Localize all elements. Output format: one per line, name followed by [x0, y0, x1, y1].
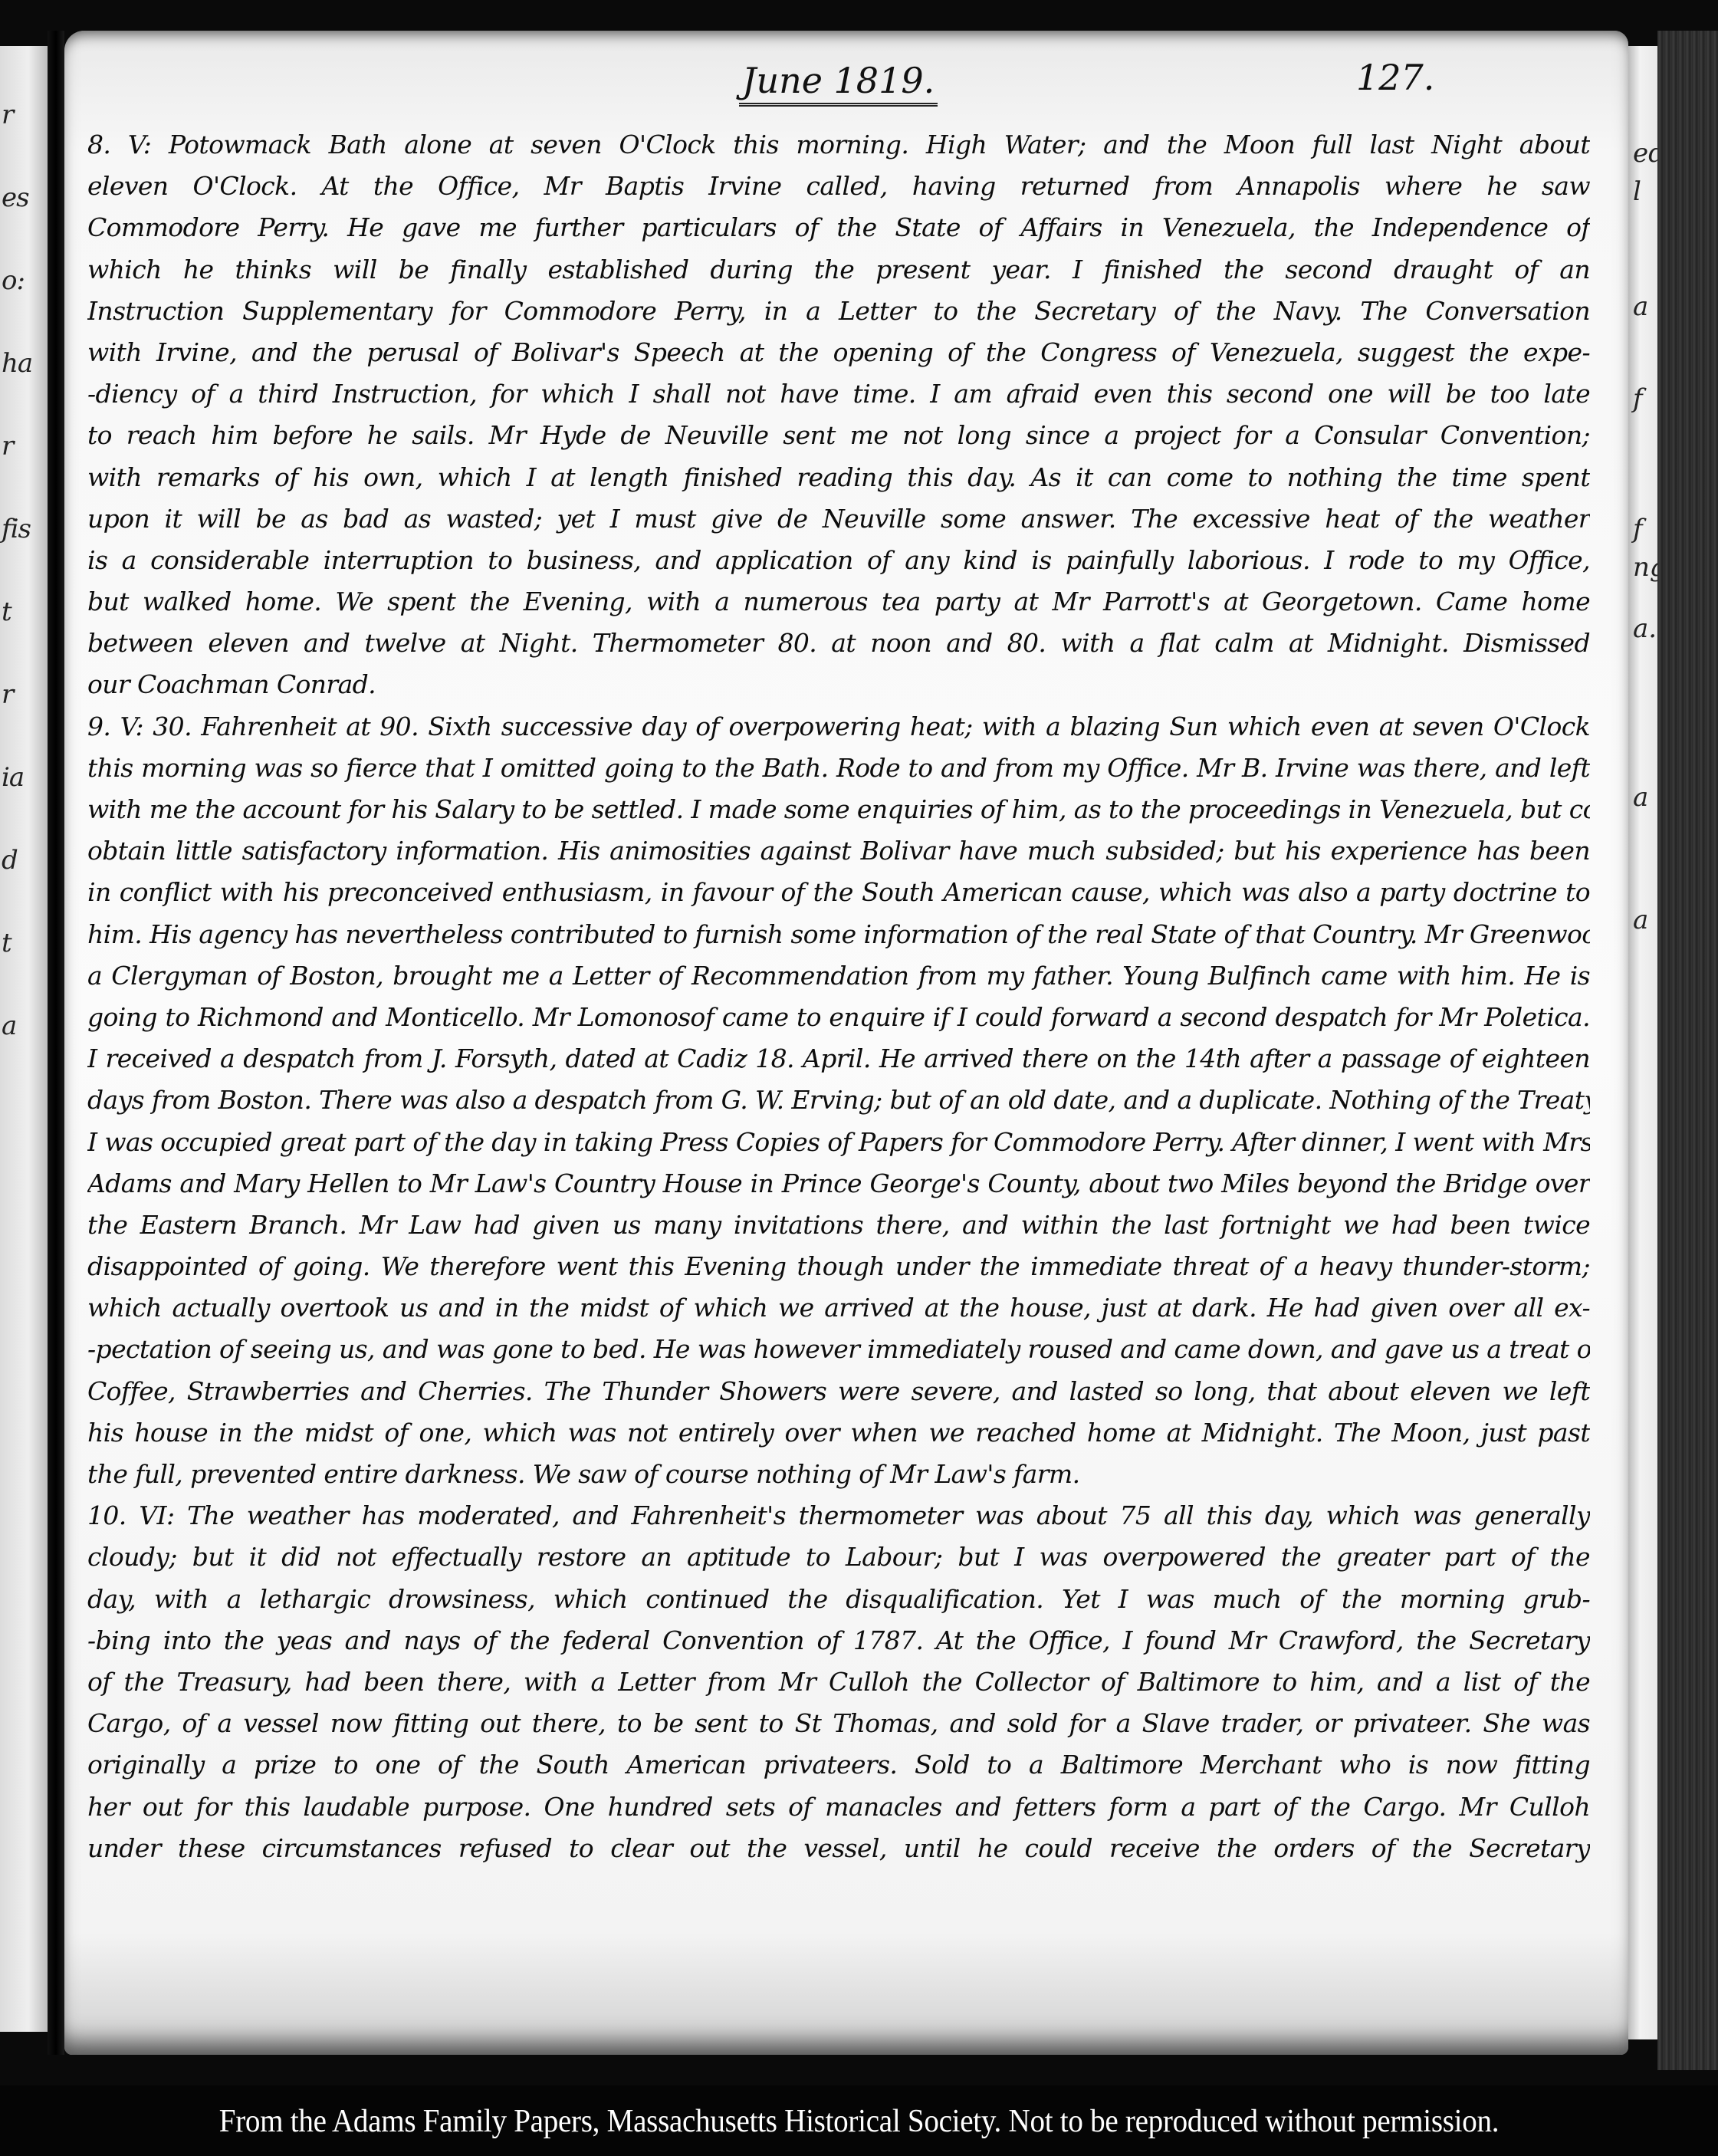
manuscript-line: 9. V: 30. Fahrenheit at 90. Sixth succes…	[87, 706, 1590, 748]
facing-page-text-fragment: a	[2, 1011, 16, 1041]
manuscript-line: -pectation of seeing us, and was gone to…	[87, 1329, 1590, 1370]
manuscript-line: going to Richmond and Monticello. Mr Lom…	[87, 997, 1590, 1038]
manuscript-line: which actually overtook us and in the mi…	[87, 1287, 1590, 1329]
manuscript-line: Cargo, of a vessel now fitting out there…	[87, 1703, 1590, 1744]
manuscript-line: the Eastern Branch. Mr Law had given us …	[87, 1205, 1590, 1246]
manuscript-line: Instruction Supplementary for Commodore …	[87, 291, 1590, 332]
right-margin-text-fragment: f	[1633, 514, 1643, 544]
manuscript-line: Adams and Mary Hellen to Mr Law's Countr…	[87, 1163, 1590, 1205]
manuscript-line: Coffee, Strawberries and Cherries. The T…	[87, 1371, 1590, 1412]
manuscript-line: is a considerable interruption to busine…	[87, 540, 1590, 581]
facing-page-text-fragment: d	[2, 845, 18, 876]
manuscript-line: upon it will be as bad as wasted; yet I …	[87, 498, 1590, 540]
manuscript-line: -bing into the yeas and nays of the fede…	[87, 1620, 1590, 1661]
manuscript-line: originally a prize to one of the South A…	[87, 1744, 1590, 1786]
facing-page-text-fragment: es	[2, 182, 29, 213]
manuscript-line: her out for this laudable purpose. One h…	[87, 1786, 1590, 1828]
manuscript-line: with Irvine, and the perusal of Bolivar'…	[87, 332, 1590, 373]
copyright-caption: From the Adams Family Papers, Massachuse…	[60, 2087, 1657, 2156]
facing-page-text-fragment: ha	[2, 348, 32, 379]
manuscript-line: eleven O'Clock. At the Office, Mr Baptis…	[87, 166, 1590, 207]
manuscript-line: between eleven and twelve at Night. Ther…	[87, 623, 1590, 664]
book-page-edges	[1657, 31, 1718, 2070]
manuscript-line: -diency of a third Instruction, for whic…	[87, 373, 1590, 415]
manuscript-line: in conflict with his preconceived enthus…	[87, 872, 1590, 913]
right-margin-text-fragment: a.	[1633, 613, 1657, 644]
manuscript-line: but walked home. We spent the Evening, w…	[87, 581, 1590, 623]
facing-page-text-fragment: t	[2, 597, 11, 627]
right-margin-text-fragment: f	[1633, 383, 1643, 414]
facing-page-text-fragment: r	[2, 431, 13, 462]
page-header: June 1819. 127.	[64, 54, 1628, 123]
facing-page-text-fragment: fis	[2, 514, 31, 544]
manuscript-line: days from Boston. There was also a despa…	[87, 1080, 1590, 1121]
manuscript-line: 8. V: Potowmack Bath alone at seven O'Cl…	[87, 124, 1590, 166]
manuscript-line: Commodore Perry. He gave me further part…	[87, 207, 1590, 248]
manuscript-line: obtain little satisfactory information. …	[87, 830, 1590, 872]
manuscript-line: disappointed of going. We therefore went…	[87, 1246, 1590, 1287]
facing-page-text-fragment: ia	[2, 762, 24, 793]
manuscript-line: him. His agency has nevertheless contrib…	[87, 914, 1590, 955]
manuscript-line: this morning was so fierce that I omitte…	[87, 748, 1590, 789]
manuscript-line: which he thinks will be finally establis…	[87, 249, 1590, 291]
manuscript-line: of the Treasury, had been there, with a …	[87, 1661, 1590, 1703]
manuscript-line: 10. VI: The weather has moderated, and F…	[87, 1495, 1590, 1536]
right-margin-text-fragment: a	[1633, 905, 1648, 935]
manuscript-line: under these circumstances refused to cle…	[87, 1828, 1590, 1869]
book-gutter	[48, 31, 64, 2055]
manuscript-line: I received a despatch from J. Forsyth, d…	[87, 1038, 1590, 1080]
right-margin-text-fragment: l	[1633, 176, 1641, 207]
page-date-heading: June 1819.	[739, 60, 938, 107]
manuscript-line: I was occupied great part of the day in …	[87, 1122, 1590, 1163]
right-margin-strip: edlaffnga.aa	[1628, 46, 1657, 2039]
right-margin-text-fragment: a	[1633, 291, 1648, 322]
page-number: 127.	[1356, 57, 1434, 98]
manuscript-line: our Coachman Conrad.	[87, 664, 1590, 705]
facing-page-text-fragment: t	[2, 928, 11, 958]
facing-page-text-fragment: r	[2, 100, 13, 130]
facing-page-edge: reso:harfistriadta	[0, 46, 48, 2032]
manuscript-line: day, with a lethargic drowsiness, which …	[87, 1579, 1590, 1620]
right-margin-text-fragment: a	[1633, 782, 1648, 813]
manuscript-line: with remarks of his own, which I at leng…	[87, 457, 1590, 498]
manuscript-line: his house in the midst of one, which was…	[87, 1412, 1590, 1454]
manuscript-line: with me the account for his Salary to be…	[87, 789, 1590, 830]
facing-page-text-fragment: o:	[2, 265, 25, 296]
manuscript-line: the full, prevented entire darkness. We …	[87, 1454, 1590, 1495]
manuscript-line: a Clergyman of Boston, brought me a Lett…	[87, 955, 1590, 997]
diary-text-block: 8. V: Potowmack Bath alone at seven O'Cl…	[87, 124, 1590, 1869]
manuscript-line: cloudy; but it did not effectually resto…	[87, 1536, 1590, 1578]
manuscript-line: to reach him before he sails. Mr Hyde de…	[87, 415, 1590, 456]
facing-page-text-fragment: r	[2, 679, 13, 710]
